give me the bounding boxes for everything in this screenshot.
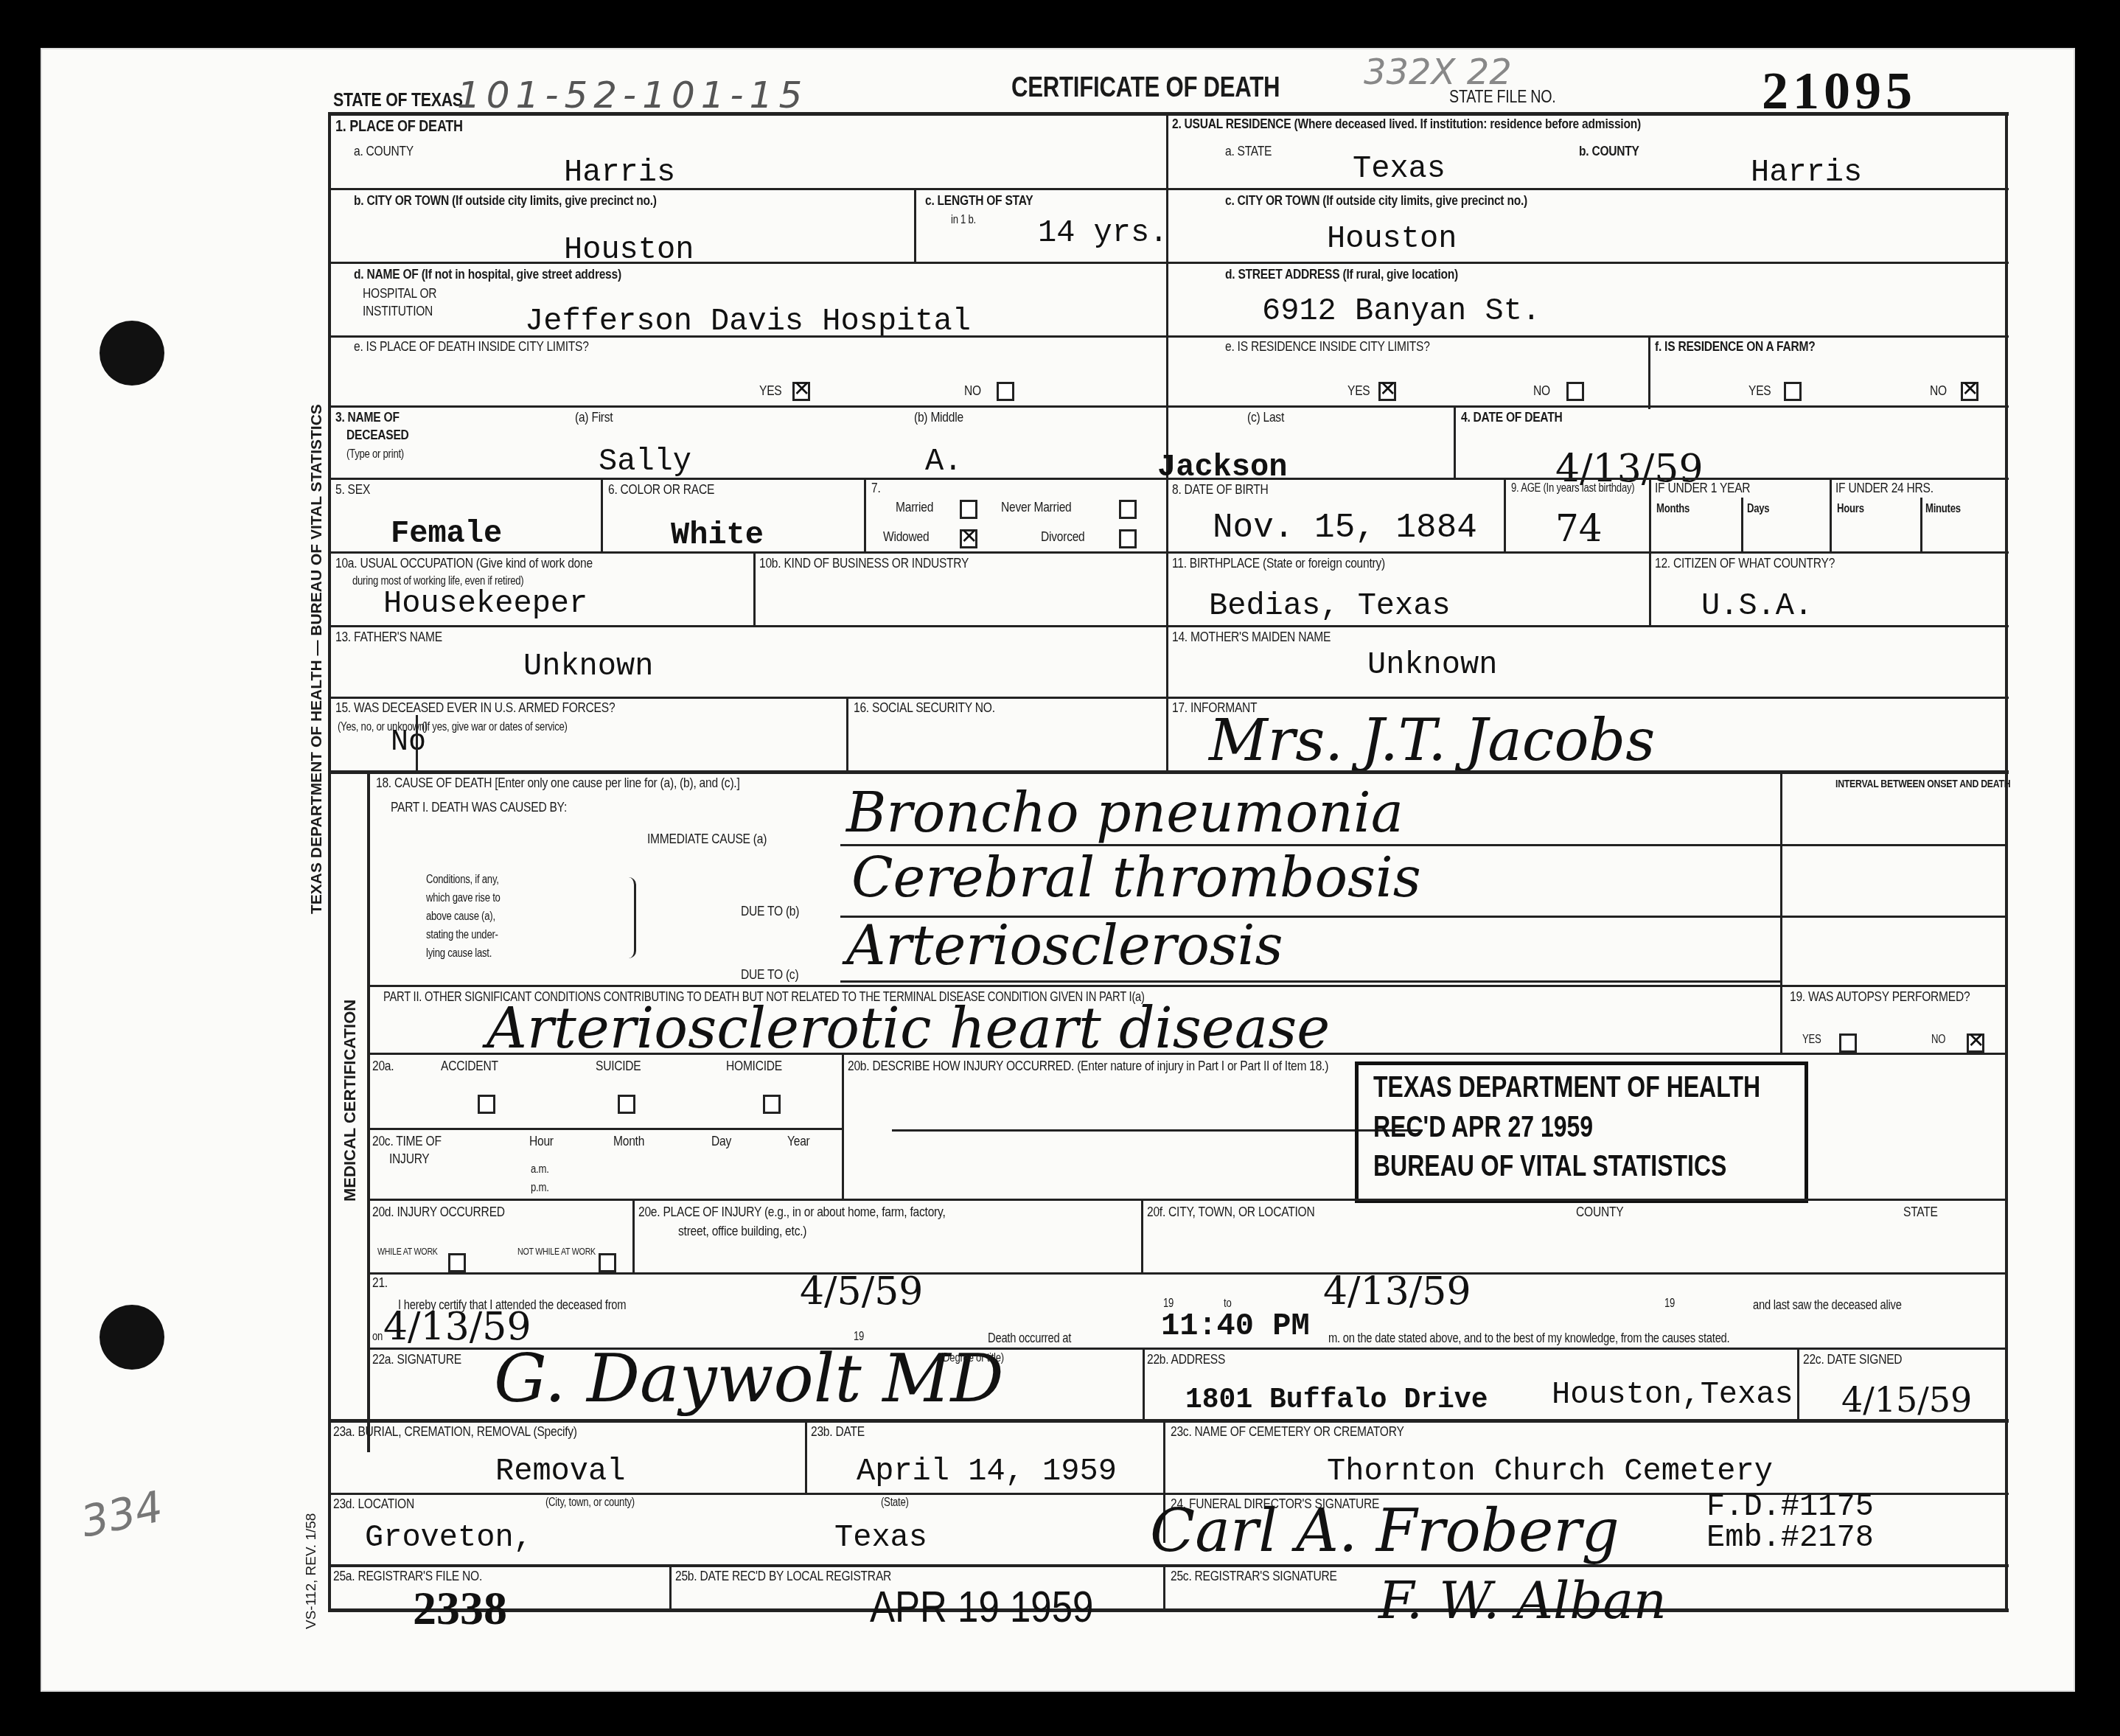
month-label: Month [613,1134,644,1150]
divider [1797,1348,1799,1421]
homicide-checkbox[interactable] [763,1095,781,1114]
marital-divorced-checkbox[interactable] [1119,529,1137,548]
year-label: Year [787,1134,810,1150]
divider [632,1199,635,1272]
pm-label: p.m. [531,1182,549,1195]
length-of-stay-value: 14 yrs. [1038,215,1168,251]
pod-city-label: b. CITY OR TOWN (If outside city limits,… [354,193,657,209]
divider [842,1053,844,1199]
attended-from-date: 4/5/59 [800,1269,923,1314]
conditions-note-5: lying cause last. [426,947,492,961]
due-to-c-label: DUE TO (c) [741,967,798,983]
divider [1830,478,1832,551]
cert-number: 21. [372,1275,388,1291]
res-city-value: Houston [1327,221,1457,257]
res-state-value: Texas [1353,151,1446,187]
pod-inside-yes-label: YES [759,383,781,400]
res-farm-yes-label: YES [1748,383,1771,400]
occupation-label: 10a. USUAL OCCUPATION (Give kind of work… [335,556,593,572]
location-state-value: Texas [834,1520,927,1555]
name-label: 3. NAME OF [335,410,400,426]
due-to-b-label: DUE TO (b) [741,904,799,920]
place-of-injury-label-2: street, office building, etc.) [678,1224,806,1240]
pod-inside-no-label: NO [964,383,981,400]
medical-cert-side-label: MEDICAL CERTIFICATION [341,1000,360,1202]
registrar-file-value: 2338 [413,1581,507,1636]
state-label: STATE OF TEXAS [333,88,463,111]
pod-inside-city-label: e. IS PLACE OF DEATH INSIDE CITY LIMITS? [354,339,589,355]
age-label: 9. AGE (In years last birthday) [1511,482,1634,495]
res-street-value: 6912 Banyan St. [1262,293,1541,329]
marital-married-label: Married [896,500,933,516]
while-at-work-label: WHILE AT WORK [377,1246,438,1257]
marital-divorced-label: Divorced [1041,529,1085,545]
death-time-value: 11:40 PM [1161,1308,1310,1344]
rule [369,1272,2005,1275]
ssn-label: 16. SOCIAL SECURITY NO. [854,700,995,717]
dob-value: Nov. 15, 1884 [1213,509,1477,547]
res-state-label: a. STATE [1225,144,1272,160]
certificate-title: CERTIFICATE OF DEATH [1011,72,1280,104]
name-label-3: (Type or print) [346,448,404,461]
signature-label: 22a. SIGNATURE [372,1352,461,1368]
form-rev-label: VS-112, REV. 1/58 [304,1513,320,1629]
frame-bottom [328,1608,2009,1612]
rule [840,980,1780,983]
divider [864,478,866,551]
divider [805,1419,807,1493]
received-stamp: TEXAS DEPARTMENT OF HEALTH REC'D APR 27 … [1355,1062,1808,1203]
due-to-c-value: Arteriosclerosis [846,914,1283,977]
disposition-date-value: April 14, 1959 [857,1454,1117,1489]
birthplace-label: 11. BIRTHPLACE (State or foreign country… [1172,556,1385,572]
rule [369,1053,2005,1055]
cert-text-3: m. on the date stated above, and to the … [1328,1331,1729,1346]
father-label: 13. FATHER'S NAME [335,630,442,646]
handwritten-code: 101-52-101-15 [457,74,808,116]
rule [369,1199,2005,1201]
rule [328,478,2009,480]
conditions-note-4: stating the under- [426,929,498,942]
not-while-at-work-label: NOT WHILE AT WORK [517,1246,596,1257]
res-inside-no-label: NO [1533,383,1550,400]
day-label: Day [711,1134,731,1150]
divider-center [1166,112,1168,772]
degree-label: (Degree or title) [940,1352,1004,1365]
res-inside-city-label: e. IS RESIDENCE INSIDE CITY LIMITS? [1225,339,1430,355]
place-of-injury-label: 20e. PLACE OF INJURY (e.g., in or about … [638,1205,945,1221]
res-farm-yes-checkbox[interactable] [1784,382,1802,401]
rule [328,405,2009,408]
marital-label: 7. [871,481,881,497]
minutes-label: Minutes [1925,503,1961,516]
autopsy-label: 19. WAS AUTOPSY PERFORMED? [1790,989,1970,1005]
cemetery-label: 23c. NAME OF CEMETERY OR CREMATORY [1171,1424,1404,1440]
hospital-label-3: INSTITUTION [363,304,433,320]
divider [1163,1564,1165,1610]
physician-signature: G. Daywolt MD [494,1340,1004,1418]
suicide-checkbox[interactable] [618,1095,635,1114]
cemetery-value: Thornton Church Cemetery [1327,1454,1773,1489]
hours-label: Hours [1837,503,1864,516]
divider [1648,335,1650,409]
rule [1780,844,2005,846]
conditions-note-3: above cause (a), [426,910,495,924]
dob-label: 8. DATE OF BIRTH [1172,482,1269,498]
divider [1141,1199,1143,1272]
res-county-value: Harris [1751,155,1862,190]
business-label: 10b. KIND OF BUSINESS OR INDUSTRY [759,556,969,572]
injury-city-label: 20f. CITY, TOWN, OR LOCATION [1147,1205,1314,1221]
conditions-note-2: which gave rise to [426,892,501,905]
rule [1780,916,2005,918]
part2-value: Arteriosclerotic heart disease [487,995,1330,1061]
dept-side-label: TEXAS DEPARTMENT OF HEALTH — BUREAU OF V… [308,404,326,914]
cause-label: 18. CAUSE OF DEATH [Enter only one cause… [376,775,739,792]
local-registrar-date-label: 25b. DATE REC'D BY LOCAL REGISTRAR [675,1569,891,1585]
pod-county-label: a. COUNTY [354,144,414,160]
homicide-label: HOMICIDE [726,1059,782,1075]
res-inside-yes-label: YES [1347,383,1370,400]
sex-value: Female [391,516,502,551]
date-signed-label: 22c. DATE SIGNED [1803,1352,1902,1368]
armed-forces-value: No [391,726,426,759]
punch-hole [100,1305,164,1370]
medical-inner-line [367,773,370,1452]
rule [328,770,2009,774]
race-label: 6. COLOR OR RACE [608,482,714,498]
res-street-label: d. STREET ADDRESS (If rural, give locati… [1225,267,1458,283]
res-inside-no-checkbox[interactable] [1566,382,1584,401]
last-name-label: (c) Last [1247,410,1284,426]
interval-label: INTERVAL BETWEEN ONSET AND DEATH [1835,778,2010,790]
first-name-label: (a) First [575,410,613,426]
rule [328,625,2009,627]
location-state-label: (State) [881,1496,909,1510]
funeral-director-signature: Carl A. Froberg [1150,1496,1619,1565]
res-inside-yes-checkbox[interactable] [1378,382,1396,401]
rule [892,1129,1423,1132]
mother-value: Unknown [1367,647,1497,683]
embalmer-number: Emb.#2178 [1706,1520,1874,1555]
divider [1920,498,1922,551]
hospital-label-2: HOSPITAL OR [363,286,436,302]
autopsy-no-checkbox[interactable] [1967,1033,1984,1053]
fd-number: F.D.#1175 [1706,1489,1874,1524]
length-of-stay-label: c. LENGTH OF STAY [925,193,1033,209]
res-county-label: b. COUNTY [1579,144,1639,160]
year-prefix-2: 19 [1664,1297,1675,1311]
divider [1454,405,1456,479]
divider [1504,478,1506,551]
length-of-stay-sub: in 1 b. [951,214,976,227]
autopsy-no-label: NO [1931,1033,1945,1047]
conditions-note-1: Conditions, if any, [426,874,499,887]
accident-checkbox[interactable] [478,1095,495,1114]
sex-label: 5. SEX [335,482,370,498]
disposition-method-label: 23a. BURIAL, CREMATION, REMOVAL (Specify… [333,1424,577,1440]
marital-widowed-label: Widowed [883,529,929,545]
stamp-line-2: REC'D APR 27 1959 [1373,1111,1593,1144]
divider [846,697,848,772]
middle-name-label: (b) Middle [914,410,963,426]
pod-inside-yes-checkbox[interactable] [792,382,810,401]
name-label-2: DECEASED [346,428,409,444]
time-of-injury-label: 20c. TIME OF [372,1134,442,1150]
under-1-year-label: IF UNDER 1 YEAR [1655,481,1750,497]
stamp-line-3: BUREAU OF VITAL STATISTICS [1373,1150,1726,1183]
race-value: White [671,517,764,553]
informant-signature: Mrs. J.T. Jacobs [1209,708,1655,774]
divider [1741,498,1743,551]
rule [328,262,2009,264]
state-file-label: STATE FILE NO. [1449,87,1556,108]
residence-label: 2. USUAL RESIDENCE (Where deceased lived… [1172,116,1641,133]
disposition-date-label: 23b. DATE [811,1424,865,1440]
hospital-label: d. NAME OF (If not in hospital, give str… [354,267,621,283]
accident-label: ACCIDENT [441,1059,498,1075]
hour-label: Hour [529,1134,554,1150]
frame-top [328,112,2009,116]
marital-never-married-checkbox[interactable] [1119,500,1137,519]
place-of-death-label: 1. PLACE OF DEATH [335,116,463,136]
attended-to-date: 4/13/59 [1323,1269,1471,1314]
not-while-at-work-checkbox[interactable] [599,1253,616,1272]
marital-never-married-label: Never Married [1001,500,1072,516]
divider [1649,478,1651,551]
under-24-hrs-label: IF UNDER 24 HRS. [1835,481,1934,497]
location-label: 23d. LOCATION [333,1496,414,1513]
location-city-label: (City, town, or county) [545,1496,635,1510]
divider [753,551,756,625]
local-registrar-date-value: APR 19 1959 [870,1581,1093,1632]
hospital-value: Jefferson Davis Hospital [525,304,971,339]
rule [328,697,2009,699]
rule [328,551,2009,554]
armed-forces-sub-2: (If yes, give war or dates of service) [422,721,568,734]
registrar-signature-label: 25c. REGISTRAR'S SIGNATURE [1171,1569,1337,1585]
physician-address-label: 22b. ADDRESS [1147,1352,1225,1368]
citizen-label: 12. CITIZEN OF WHAT COUNTRY? [1655,556,1835,572]
cert-text-2: and last saw the deceased alive [1753,1297,1902,1313]
describe-injury-label: 20b. DESCRIBE HOW INJURY OCCURRED. (Ente… [848,1059,1328,1075]
divider [914,188,916,262]
immediate-cause-value: Broncho pneumonia [846,781,1404,845]
birthplace-value: Bedias, Texas [1209,588,1451,624]
autopsy-yes-label: YES [1802,1033,1821,1047]
first-name-value: Sally [599,444,691,479]
mother-label: 14. MOTHER'S MAIDEN NAME [1172,630,1331,646]
father-value: Unknown [523,649,653,684]
injury-county-label: COUNTY [1576,1205,1623,1221]
marital-married-checkbox[interactable] [960,500,977,519]
bracket [627,877,636,958]
armed-forces-label: 15. WAS DECEASED EVER IN U.S. ARMED FORC… [335,700,615,717]
punch-hole [100,321,164,386]
immediate-cause-label: IMMEDIATE CAUSE (a) [647,832,767,848]
divider [601,478,603,551]
rule [369,985,2005,987]
pod-county-value: Harris [564,155,675,190]
disposition-method-value: Removal [495,1454,625,1489]
rule [369,1128,842,1130]
citizen-value: U.S.A. [1701,588,1813,624]
injury-type-label: 20a. [372,1059,394,1075]
divider [1143,1348,1145,1421]
stamp-line-1: TEXAS DEPARTMENT OF HEALTH [1373,1071,1760,1104]
registrar-signature: F. W. Alban [1378,1570,1667,1631]
divider [1649,551,1651,625]
location-city-value: Groveton, [365,1520,532,1555]
suicide-label: SUICIDE [596,1059,641,1075]
part1-label: PART I. DEATH WAS CAUSED BY: [391,800,567,816]
on-label: on [372,1331,383,1344]
due-to-b-value: Cerebral thrombosis [851,846,1421,910]
physician-address-value: 1801 Buffalo Drive [1185,1384,1488,1416]
injury-state-label: STATE [1903,1205,1938,1221]
res-farm-label: f. IS RESIDENCE ON A FARM? [1655,339,1816,355]
date-signed-value: 4/15/59 [1841,1380,1972,1420]
date-of-death-label: 4. DATE OF DEATH [1461,410,1562,426]
autopsy-yes-checkbox[interactable] [1839,1033,1857,1053]
pod-inside-no-checkbox[interactable] [997,382,1014,401]
physician-address-city: Houston,Texas [1552,1377,1793,1412]
am-label: a.m. [531,1163,549,1176]
occupation-value: Housekeeper [383,586,587,621]
divider [416,715,418,772]
time-of-injury-label-2: INJURY [389,1151,430,1168]
divider [669,1564,672,1610]
rule [328,1419,2009,1423]
res-farm-no-checkbox[interactable] [1961,382,1978,401]
age-value: 74 [1555,507,1603,550]
rule [328,335,2009,338]
res-farm-no-label: NO [1930,383,1947,400]
divider [1780,773,1782,1053]
rule [328,1564,2009,1567]
marital-widowed-checkbox[interactable] [960,529,977,548]
while-at-work-checkbox[interactable] [448,1253,466,1272]
injury-occurred-label: 20d. INJURY OCCURRED [372,1205,505,1221]
days-label: Days [1747,503,1769,516]
months-label: Months [1656,503,1690,516]
res-city-label: c. CITY OR TOWN (If outside city limits,… [1225,193,1527,209]
middle-name-value: A. [925,444,962,479]
